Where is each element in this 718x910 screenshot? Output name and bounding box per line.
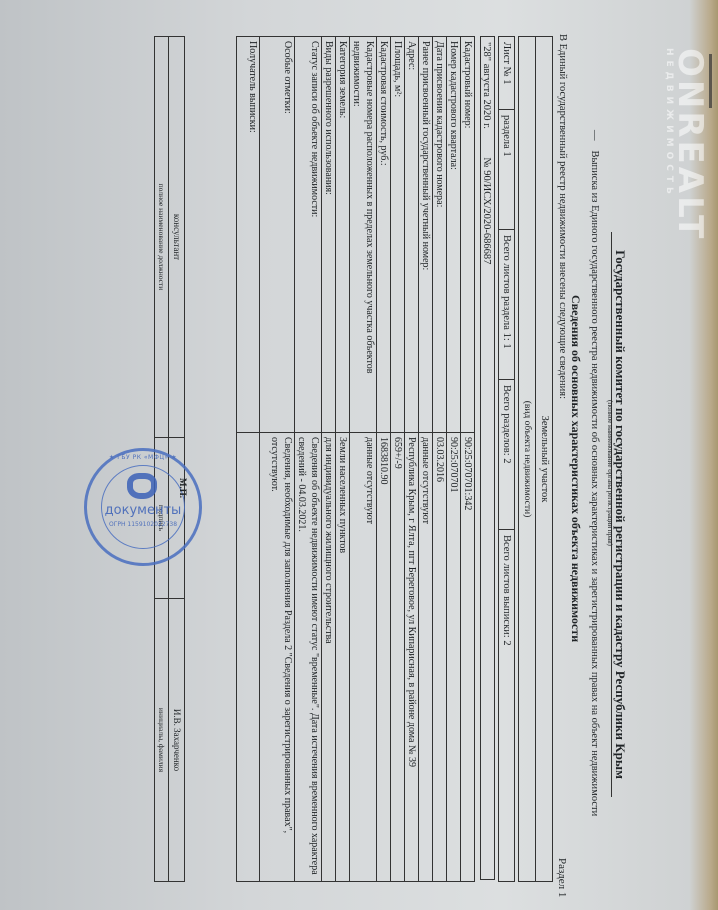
watermark-brand: ONREALT bbox=[670, 48, 710, 241]
stamp-sub: ОГРН 1159102022738 bbox=[87, 521, 199, 528]
table-row: Категория земель:Земли населенных пункто… bbox=[335, 37, 349, 881]
position-caption: полное наименование должности bbox=[155, 37, 168, 437]
mfc-logo-icon bbox=[127, 473, 157, 499]
sheet-section: раздела 1 bbox=[499, 109, 514, 229]
section-label: Раздел 1 bbox=[556, 858, 568, 897]
stamp-brand: документы bbox=[87, 503, 199, 518]
table-row: Площадь, м²:659+/-9 bbox=[390, 37, 404, 881]
section-title: Сведения об основных характеристиках объ… bbox=[568, 295, 583, 642]
table-row: Ранее присвоенный государственный учетны… bbox=[418, 37, 432, 881]
table-row: Получатель выписки: bbox=[237, 37, 259, 881]
authority-caption: (полное наименование органа регистрации … bbox=[606, 400, 614, 546]
object-type-box: Земельный участок (вид объекта недвижимо… bbox=[518, 36, 553, 882]
signer-position: консультант bbox=[169, 37, 184, 437]
document-date: "28" августа 2020 г. bbox=[481, 42, 492, 129]
document-page: ONREALT НЕДВИЖИМОСТЬ Государственный ком… bbox=[0, 0, 718, 910]
extract-title: —Выписка из Единого государственного рее… bbox=[589, 130, 600, 816]
object-type: Земельный участок bbox=[535, 37, 552, 881]
sheets-in-section: Всего листов раздела 1: 1 bbox=[499, 229, 514, 379]
characteristics-table: Кадастровый номер:90:25:070701:342 Номер… bbox=[236, 36, 475, 882]
table-row: Кадастровые номера расположенных в преде… bbox=[349, 37, 376, 881]
extract-title-text: Выписка из Единого государственного реес… bbox=[589, 151, 600, 817]
name-caption: инициалы, фамилия bbox=[155, 598, 168, 881]
watermark: ONREALT НЕДВИЖИМОСТЬ bbox=[664, 48, 710, 241]
table-row: Адрес:Республика Крым, г Ялта, пгт Берег… bbox=[404, 37, 418, 881]
signer-name: И.В. Захарченко bbox=[169, 598, 184, 881]
stamp-ring-text: ★ ГБУ РК «МФЦ» ★ bbox=[87, 454, 199, 461]
table-row: Кадастровая стоимость, руб.:1683810.90 bbox=[376, 37, 390, 881]
table-row: Дата присвоения кадастрового номера:03.0… bbox=[432, 37, 446, 881]
intro-text: В Единый государственный реестр недвижим… bbox=[557, 34, 568, 399]
official-stamp: ★ ГБУ РК «МФЦ» ★ документы ОГРН 11591020… bbox=[84, 448, 202, 566]
sections-total: Всего разделов: 2 bbox=[499, 379, 514, 529]
table-row: Особые отметки:Сведения, необходимые для… bbox=[259, 37, 294, 881]
table-row: Статус записи об объекте недвижимости:Св… bbox=[294, 37, 321, 881]
table-row: Номер кадастрового квартала:90:25:070701 bbox=[446, 37, 460, 881]
object-type-caption: (вид объекта недвижимости) bbox=[519, 37, 535, 881]
table-row: Виды разрешенного использования:для инди… bbox=[321, 37, 335, 881]
table-row: Кадастровый номер:90:25:070701:342 bbox=[460, 37, 474, 881]
sheet-number: Лист № 1 bbox=[499, 37, 514, 109]
sheets-total: Всего листов выписки: 2 bbox=[499, 529, 514, 881]
document-date-number: "28" августа 2020 г. № 90/ИСХ/2020-68668… bbox=[480, 36, 495, 880]
document-number: № 90/ИСХ/2020-686687 bbox=[481, 158, 492, 265]
sheet-info-row: Лист № 1 раздела 1 Всего листов раздела … bbox=[498, 36, 515, 882]
seal-mark: М.П. bbox=[178, 478, 188, 498]
